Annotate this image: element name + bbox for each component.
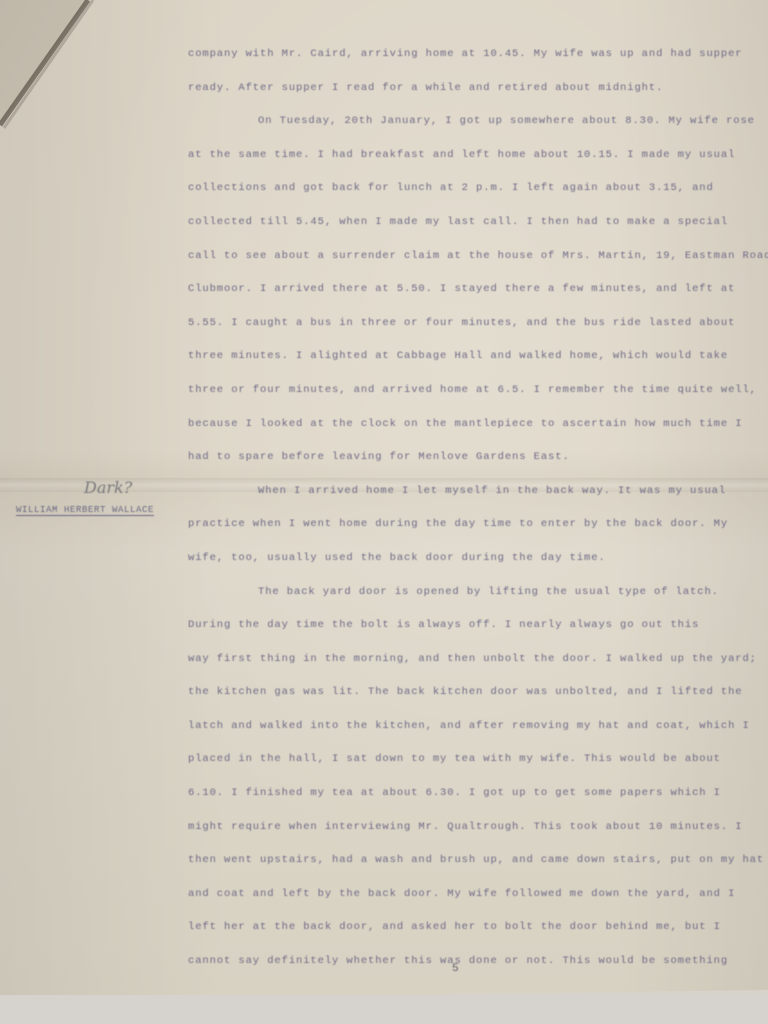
typed-statement-body: company with Mr. Caird, arriving home at… <box>188 38 748 979</box>
typed-line: then went upstairs, had a wash and brush… <box>188 844 748 878</box>
typed-line: 5.55. I caught a bus in three or four mi… <box>188 307 748 341</box>
typed-line: latch and walked into the kitchen, and a… <box>188 710 748 744</box>
typed-line: at the same time. I had breakfast and le… <box>188 139 748 173</box>
typed-line: When I arrived home I let myself in the … <box>188 475 748 509</box>
typed-line: cannot say definitely whether this was d… <box>188 945 748 979</box>
page-number: 5 <box>452 963 459 975</box>
typed-line: placed in the hall, I sat down to my tea… <box>188 743 748 777</box>
typed-line: and coat and left by the back door. My w… <box>188 878 748 912</box>
typed-line: way first thing in the morning, and then… <box>188 643 748 677</box>
typed-line: because I looked at the clock on the man… <box>188 408 748 442</box>
typed-line: had to spare before leaving for Menlove … <box>188 441 748 475</box>
typed-line: practice when I went home during the day… <box>188 508 748 542</box>
typed-line: Clubmoor. I arrived there at 5.50. I sta… <box>188 273 748 307</box>
typed-line: call to see about a surrender claim at t… <box>188 240 748 274</box>
typed-line: might require when interviewing Mr. Qual… <box>188 811 748 845</box>
typed-line: The back yard door is opened by lifting … <box>188 576 748 610</box>
typed-line: On Tuesday, 20th January, I got up somew… <box>188 105 748 139</box>
typed-line: 6.10. I finished my tea at about 6.30. I… <box>188 777 748 811</box>
surface-below-page <box>0 995 768 1024</box>
typed-line: collections and got back for lunch at 2 … <box>188 172 748 206</box>
typed-line: collected till 5.45, when I made my last… <box>188 206 748 240</box>
typed-line: company with Mr. Caird, arriving home at… <box>188 38 748 72</box>
typed-line: wife, too, usually used the back door du… <box>188 542 748 576</box>
typed-line: the kitchen gas was lit. The back kitche… <box>188 676 748 710</box>
typed-line: three or four minutes, and arrived home … <box>188 374 748 408</box>
typed-line: ready. After supper I read for a while a… <box>188 72 748 106</box>
handwritten-annotation: Dark? <box>84 478 132 497</box>
margin-heading: WILLIAM HERBERT WALLACE <box>16 505 154 515</box>
typed-line: left her at the back door, and asked her… <box>188 911 748 945</box>
typed-line: During the day time the bolt is always o… <box>188 609 748 643</box>
typed-line: three minutes. I alighted at Cabbage Hal… <box>188 340 748 374</box>
